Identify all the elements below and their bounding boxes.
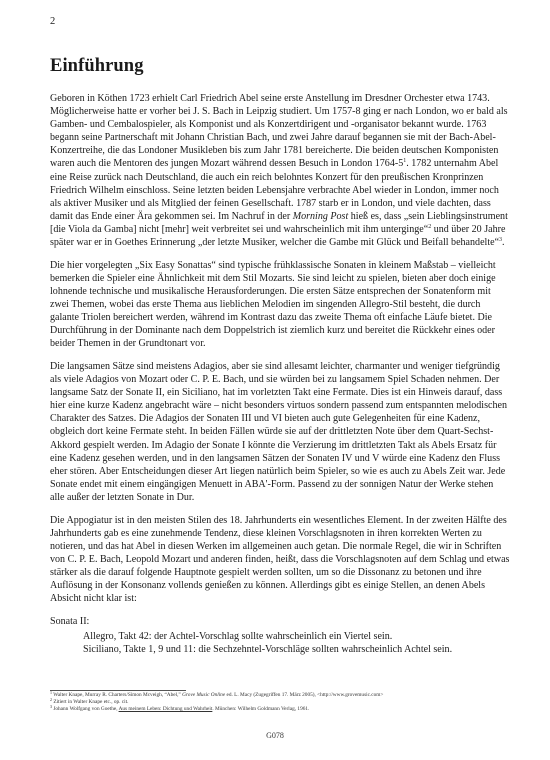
publication-title: Morning Post xyxy=(293,211,349,222)
footnote-link[interactable]: ed. L. Macy (Zugegriffen 17. März 2005),… xyxy=(225,692,383,698)
page-number: 2 xyxy=(50,16,55,27)
body-text: Geboren in Köthen 1723 erhielt Carl Frie… xyxy=(50,92,510,656)
footnote-3: 3 Johann Wolfgang von Goethe, Aus meinem… xyxy=(50,706,520,713)
footnote-divider xyxy=(50,690,186,691)
page-code: G078 xyxy=(0,731,550,740)
paragraph-slow-movements: Die langsamen Sätze sind meistens Adagio… xyxy=(50,360,510,504)
document-page: 2 Einführung Geboren in Köthen 1723 erhi… xyxy=(0,0,550,760)
paragraph-biography: Geboren in Köthen 1723 erhielt Carl Frie… xyxy=(50,92,510,249)
sonata-note-item: Allegro, Takt 42: der Achtel-Vorschlag s… xyxy=(50,630,510,643)
sonata-notes: Sonata II: Allegro, Takt 42: der Achtel-… xyxy=(50,615,510,656)
footnotes: 1 Walter Knape, Murray R. Charters/Simon… xyxy=(50,692,520,714)
page-title: Einführung xyxy=(50,56,144,77)
paragraph-sonatas: Die hier vorgelegten „Six Easy Sonattas“… xyxy=(50,259,510,351)
paragraph-appoggiatura: Die Appogiatur ist in den meisten Stilen… xyxy=(50,514,510,606)
sonata-note-item: Siciliano, Takte 1, 9 und 11: die Sechze… xyxy=(50,643,510,656)
sonata-label: Sonata II: xyxy=(50,615,510,628)
